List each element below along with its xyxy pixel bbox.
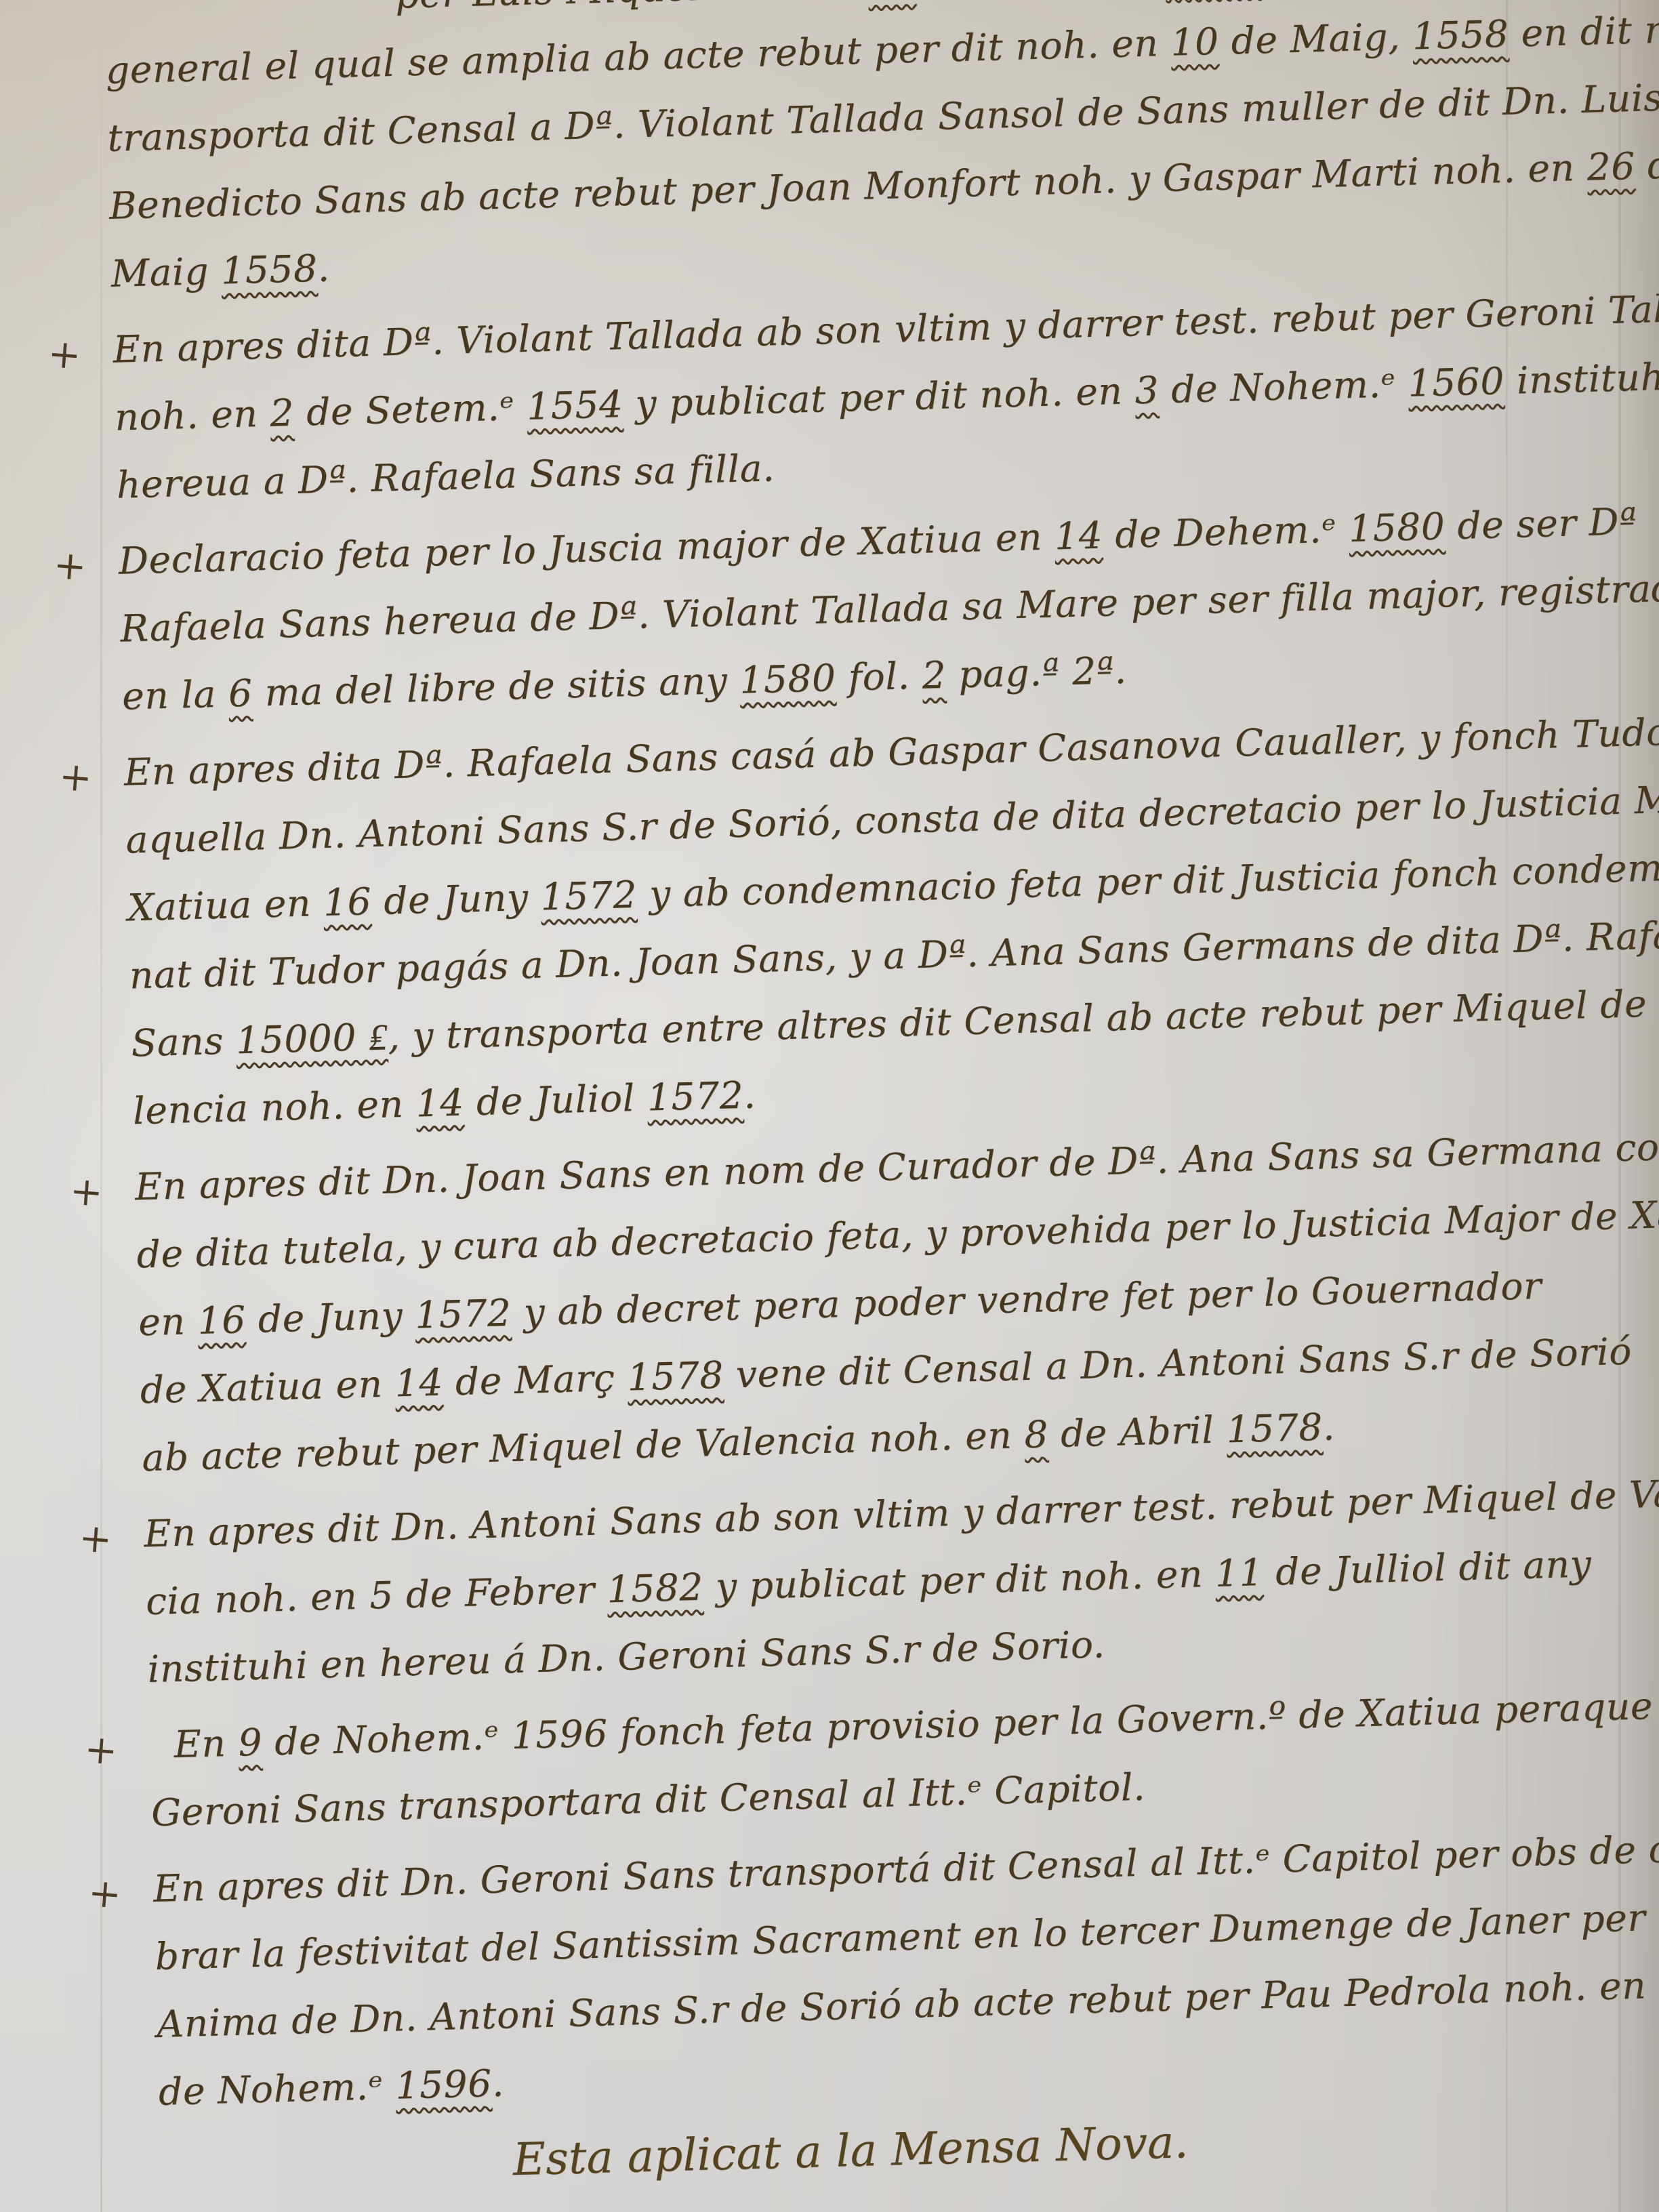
text-segment: lencia noh. en: [132, 1082, 416, 1133]
underlined-text: 1572: [540, 873, 638, 919]
paragraph-cross-marker: +: [83, 1729, 119, 1771]
paragraph-cross-marker: +: [58, 756, 94, 798]
text-segment: ma del libre de sitis any: [252, 659, 740, 715]
underlined-text: 16: [323, 880, 372, 924]
underlined-text: 1578: [627, 1353, 724, 1399]
underlined-text: 2: [270, 391, 295, 435]
text-segment: hereua a Dª. Rafaela Sans sa filla.: [116, 446, 775, 506]
underlined-text: 1554: [526, 382, 623, 428]
text-segment: instituhi en: [1504, 353, 1659, 403]
text-segment: de Abril: [1048, 1408, 1227, 1456]
underlined-text: 1560: [1408, 359, 1505, 405]
underlined-text: 2: [922, 653, 947, 697]
text-segment: .: [491, 2062, 505, 2105]
paragraph-cross-marker: +: [77, 1517, 113, 1559]
underlined-text: 1580: [739, 656, 836, 702]
manuscript-paragraph: +En 9 de Nohem.ᵉ 1596 fonch feta provisi…: [148, 1672, 1659, 1847]
text-segment: en: [138, 1299, 198, 1344]
text-segment: .: [743, 1073, 756, 1116]
paragraph-cross-marker: +: [47, 333, 83, 375]
text-segment: en dit nom: [1509, 6, 1659, 55]
text-segment: .: [317, 246, 331, 289]
text-segment: y publicat per dit noh. en: [623, 369, 1136, 426]
underlined-text: 1558: [1412, 12, 1509, 58]
manuscript-paragraph: +En apres dita Dª. Rafaela Sans casá ab …: [123, 699, 1645, 1145]
text-segment: de Nohem.ᵉ: [916, 0, 1166, 3]
manuscript-paragraph: +Declaracio feta per lo Juscia major de …: [118, 487, 1634, 730]
text-segment: en la: [121, 672, 229, 718]
text-segment: per Luis Miquel noh. en: [394, 0, 868, 17]
underlined-text: 1572: [647, 1073, 744, 1120]
text-segment: En: [173, 1721, 239, 1766]
underlined-text: 1558: [220, 247, 318, 293]
underlined-text: 1580: [1348, 504, 1446, 550]
manuscript-text-block: per Luis Miquel noh. en 17 de Nohem.ᵉ 15…: [103, 0, 1659, 2126]
text-segment: de Julliol dit any: [1263, 1542, 1592, 1594]
text-segment: de Nohem.ᵉ: [158, 2064, 396, 2114]
manuscript-page: per Luis Miquel noh. en 17 de Nohem.ᵉ 15…: [103, 0, 1659, 2207]
text-segment: de Juliol: [464, 1076, 648, 1124]
underlined-text: 16: [197, 1298, 247, 1343]
underlined-text: 1596: [395, 2062, 493, 2108]
text-segment: de Maig,: [1218, 14, 1413, 62]
text-segment: ab acte rebut per Miquel de Valencia noh…: [142, 1413, 1025, 1479]
text-segment: de Juny: [371, 876, 541, 924]
underlined-text: 17: [867, 0, 917, 4]
text-segment: Maig: [110, 249, 222, 295]
underlined-text: 1572: [414, 1291, 512, 1337]
text-segment: de Setem.ᵉ: [293, 385, 527, 434]
manuscript-paragraph: +En apres dita Dª. Violant Tallada ab so…: [112, 276, 1628, 518]
underlined-text: 3: [1134, 368, 1160, 412]
text-segment: .: [1322, 1405, 1336, 1448]
underlined-text: 8: [1024, 1412, 1049, 1456]
manuscript-paragraph: +En apres dit Dn. Joan Sans en nom de Cu…: [134, 1113, 1654, 1492]
text-segment: de Juny: [245, 1294, 415, 1342]
text-segment: Geroni Sans transportara dit Censal al I…: [150, 1765, 1145, 1835]
underlined-text: 9: [238, 1721, 263, 1765]
paragraph-cross-marker: +: [87, 1872, 123, 1914]
text-segment: noh. en: [114, 392, 270, 439]
underlined-text: 15000 ₤: [235, 1015, 388, 1063]
text-segment: vene dit Censal a Dn. Antoni Sans S.r de…: [723, 1330, 1633, 1397]
text-segment: instituhi en hereu á Dn. Geroni Sans S.r…: [147, 1622, 1106, 1691]
text-segment: de Nohem.ᵉ: [1158, 362, 1408, 412]
text-segment: fol.: [836, 654, 923, 699]
underlined-text: 11: [1214, 1551, 1264, 1595]
text-segment: cia noh. en 5 de Febrer: [145, 1568, 607, 1623]
text-segment: de Dehem.ᵉ: [1102, 507, 1349, 556]
underlined-text: 1578: [1226, 1406, 1324, 1452]
text-segment: de: [1635, 143, 1659, 188]
manuscript-paragraph: +En apres dit Dn. Geroni Sans transportá…: [152, 1816, 1659, 2126]
underlined-text: 6: [228, 672, 253, 716]
text-segment: Declaracio feta per lo Juscia major de X…: [118, 515, 1055, 583]
underlined-text: 14: [394, 1361, 444, 1406]
text-segment: Sans: [131, 1019, 237, 1065]
underlined-text: 1582: [607, 1565, 704, 1612]
text-segment: de ser Dª: [1444, 499, 1637, 548]
text-segment: Xatiua en: [127, 881, 323, 930]
underlined-text: 26: [1586, 144, 1636, 189]
paragraph-cross-marker: +: [52, 545, 88, 587]
manuscript-paragraph: per Luis Miquel noh. en 17 de Nohem.ᵉ 15…: [103, 0, 1622, 308]
text-segment: pag.ª 2ª.: [945, 649, 1127, 697]
underlined-text: 14: [415, 1081, 465, 1126]
paragraph-cross-marker: +: [68, 1170, 104, 1212]
text-segment: y publicat per dit noh. en: [703, 1552, 1216, 1609]
text-segment: de Xatiua en: [140, 1361, 395, 1412]
underlined-text: 10: [1170, 20, 1220, 64]
manuscript-paragraph: +En apres dit Dn. Antoni Sans ab son vlt…: [143, 1460, 1659, 1703]
text-segment: de Març: [443, 1355, 628, 1404]
underlined-text: 14: [1054, 514, 1103, 558]
